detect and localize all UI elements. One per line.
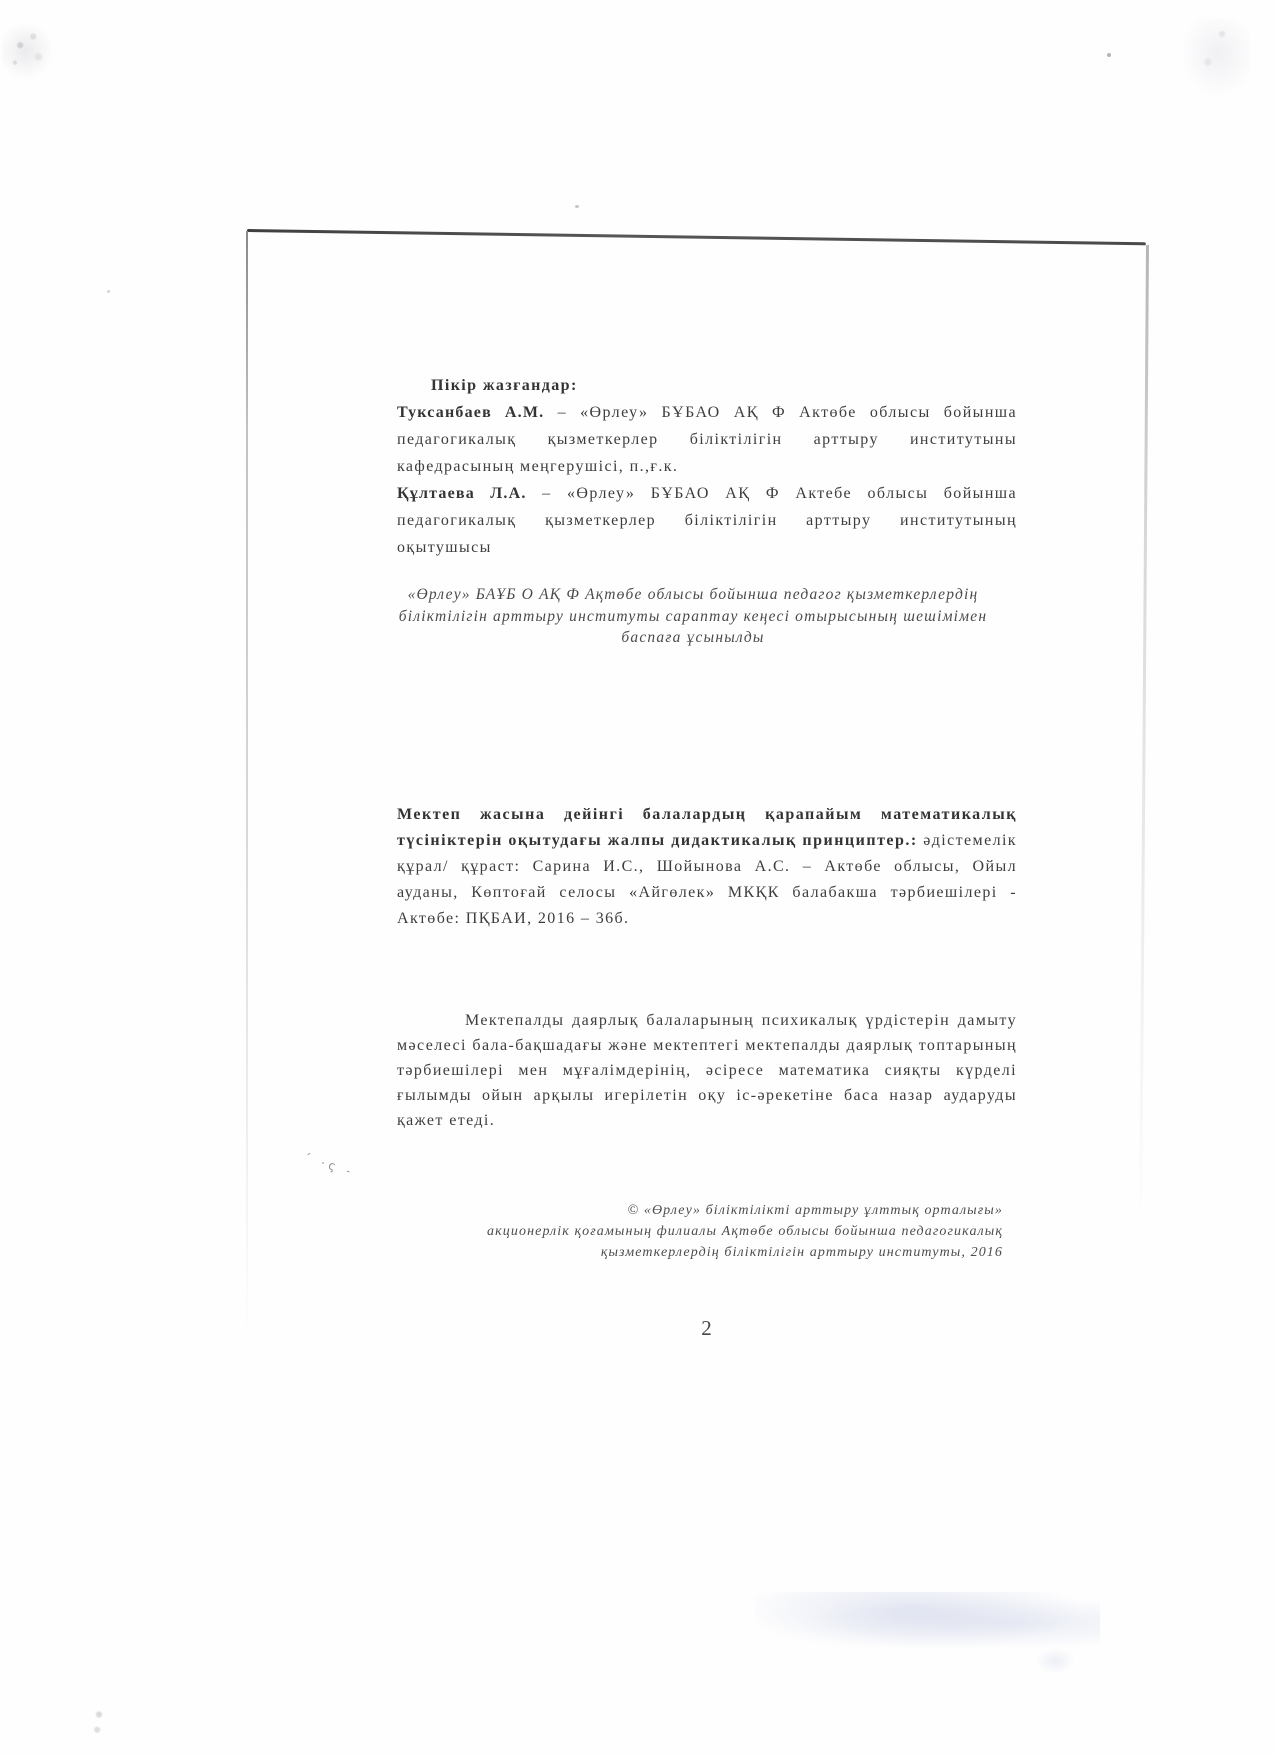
reviewer-entry: Құлтаева Л.А. – «Өрлеу» БҰБАО АҚ Ф Актеб… <box>397 480 1017 561</box>
bibliographic-text: Мектеп жасына дейінгі балалардың қарапай… <box>397 802 1017 932</box>
abstract-text: Мектепалды даярлық балаларының психикалы… <box>397 1008 1017 1133</box>
approval-note-text: «Өрлеу» БАҰБ О АҚ Ф Ақтөбе облысы бойынш… <box>397 584 989 649</box>
approval-note: «Өрлеу» БАҰБ О АҚ Ф Ақтөбе облысы бойынш… <box>397 584 989 649</box>
pencil-scribble: ´ ·ς ˗ <box>302 1151 356 1180</box>
scan-dot <box>575 205 579 208</box>
copyright-line: акционерлік қоғамының филиалы Ақтөбе обл… <box>397 1221 1003 1242</box>
copyright-line: қызметкерлердің біліктілігін арттыру инс… <box>397 1242 1003 1263</box>
bibliographic-description: Мектеп жасына дейінгі балалардың қарапай… <box>397 802 1017 932</box>
scan-dot <box>1107 53 1111 57</box>
copyright-block: © «Өрлеу» біліктілікті арттыру ұлттық ор… <box>397 1200 1003 1263</box>
reviewers-section: Пікір жазғандар: Туксанбаев А.М. – «Өрле… <box>397 372 1017 561</box>
scan-speckle-top-left <box>2 22 54 80</box>
abstract-paragraph: Мектепалды даярлық балаларының психикалы… <box>397 1008 1017 1133</box>
reviewer-entry: Туксанбаев А.М. – «Өрлеу» БҰБАО АҚ Ф Акт… <box>397 399 1017 480</box>
paper-left-edge <box>246 231 248 1341</box>
paper-top-edge <box>247 229 1146 245</box>
scan-speckle-top-right <box>1180 18 1250 98</box>
scanned-document-page: ´ ·ς ˗ Пікір жазғандар: Туксанбаев А.М. … <box>0 0 1276 1755</box>
reviewers-heading: Пікір жазғандар: <box>397 372 1017 399</box>
scan-dot <box>107 290 110 293</box>
page-number: 2 <box>397 1316 1017 1341</box>
scan-smudge <box>1035 1648 1075 1674</box>
scan-mark-bottom-left <box>90 1705 108 1743</box>
copyright-line: © «Өрлеу» біліктілікті арттыру ұлттық ор… <box>397 1200 1003 1221</box>
reviewer-name: Туксанбаев А.М. <box>397 404 544 421</box>
reviewer-name: Құлтаева Л.А. <box>397 485 527 502</box>
scan-smudge <box>755 1592 1100 1654</box>
paper-right-edge <box>1139 245 1149 1225</box>
